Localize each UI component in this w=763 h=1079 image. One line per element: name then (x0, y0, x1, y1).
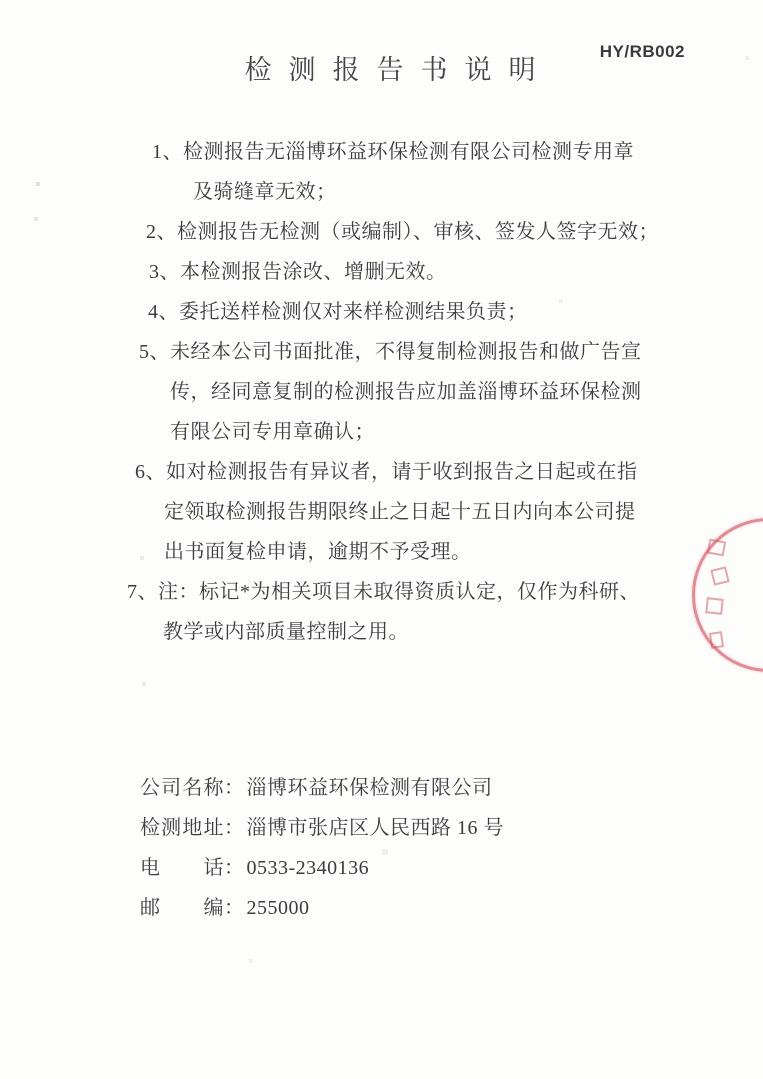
list-item: 4、委托送样检测仅对来样检测结果负责； (148, 292, 723, 332)
contact-value: 255000 (247, 897, 310, 919)
contact-label: 电话 (140, 848, 224, 888)
seal-glyph-fragment (709, 631, 724, 649)
item-line: 1、检测报告无淄博环益环保检测有限公司检测专用章 (152, 132, 723, 172)
contact-value: 淄博环益环保检测有限公司 (247, 777, 493, 799)
contact-value: 淄博市张店区人民西路 16 号 (247, 817, 505, 839)
document-code: HY/RB002 (600, 42, 685, 62)
contact-label: 公司名称 (140, 768, 224, 808)
label-colon: ： (224, 777, 245, 799)
contact-row-address: 检测地址：淄博市张店区人民西路 16 号 (140, 808, 504, 848)
list-item: 1、检测报告无淄博环益环保检测有限公司检测专用章 及骑缝章无效； (152, 132, 723, 212)
label-colon: ： (224, 857, 245, 879)
seal-glyph-fragment (710, 566, 729, 585)
contact-row-company: 公司名称：淄博环益环保检测有限公司 (140, 768, 504, 808)
list-item: 6、如对检测报告有异议者，请于收到报告之日起或在指 定领取检测报告期限终止之日起… (135, 452, 723, 572)
scan-noise (0, 0, 2, 2)
contact-value: 0533-2340136 (247, 857, 370, 879)
scanned-document-page: 检测报告书说明 HY/RB002 1、检测报告无淄博环益环保检测有限公司检测专用… (0, 0, 763, 1079)
contact-row-phone: 电话：0533-2340136 (140, 848, 504, 888)
item-line: 有限公司专用章确认； (139, 412, 723, 452)
list-item: 5、未经本公司书面批准，不得复制检测报告和做广告宣 传，经同意复制的检测报告应加… (139, 332, 723, 452)
instructions-list: 1、检测报告无淄博环益环保检测有限公司检测专用章 及骑缝章无效； 2、检测报告无… (0, 132, 723, 652)
item-line: 定领取检测报告期限终止之日起十五日内向本公司提 (135, 492, 723, 532)
list-item: 3、本检测报告涂改、增删无效。 (149, 252, 723, 292)
item-line: 5、未经本公司书面批准，不得复制检测报告和做广告宣 (139, 332, 723, 372)
contact-row-postcode: 邮编：255000 (140, 888, 504, 928)
contact-label: 检测地址 (140, 808, 224, 848)
contact-block: 公司名称：淄博环益环保检测有限公司 检测地址：淄博市张店区人民西路 16 号 电… (140, 768, 504, 928)
item-line: 出书面复检申请，逾期不予受理。 (135, 532, 723, 572)
item-line: 3、本检测报告涂改、增删无效。 (149, 252, 723, 292)
item-line: 及骑缝章无效； (152, 172, 723, 212)
item-line: 2、检测报告无检测（或编制）、审核、签发人签字无效； (146, 212, 723, 252)
item-line: 7、注：标记*为相关项目未取得资质认定，仅作为科研、 (127, 572, 723, 612)
contact-label: 邮编 (140, 888, 224, 928)
item-line: 6、如对检测报告有异议者，请于收到报告之日起或在指 (135, 452, 723, 492)
item-line: 传，经同意复制的检测报告应加盖淄博环益环保检测 (139, 372, 723, 412)
label-colon: ： (224, 897, 245, 919)
seal-glyph-fragment (707, 539, 726, 557)
seal-glyph-fragment (705, 597, 724, 615)
label-colon: ： (224, 817, 245, 839)
item-line: 4、委托送样检测仅对来样检测结果负责； (148, 292, 723, 332)
list-item: 2、检测报告无检测（或编制）、审核、签发人签字无效； (146, 212, 723, 252)
list-item: 7、注：标记*为相关项目未取得资质认定，仅作为科研、 教学或内部质量控制之用。 (127, 572, 723, 652)
item-line: 教学或内部质量控制之用。 (127, 612, 723, 652)
seal-glyph-fragments (700, 540, 730, 650)
